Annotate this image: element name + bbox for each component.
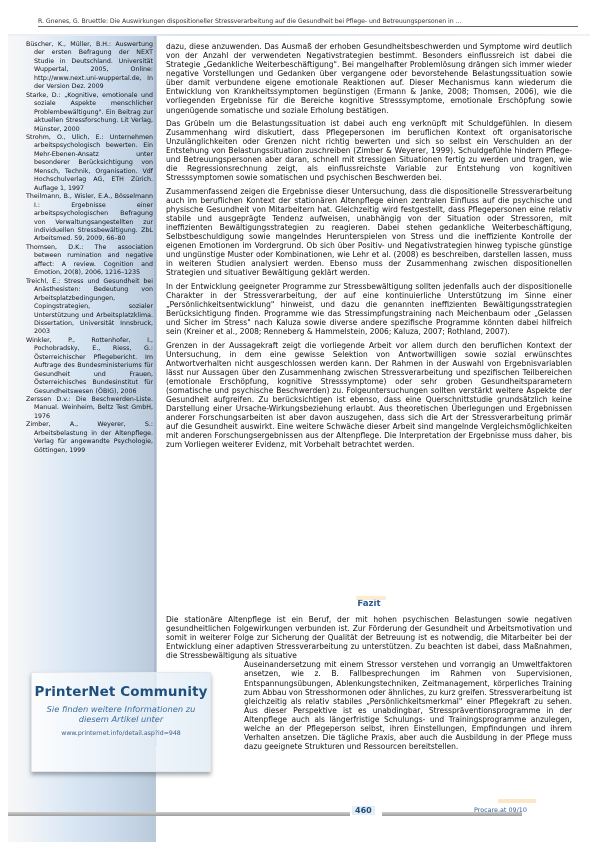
reference-item: Winkler, P., Rottenhofer, I., Pochobrads… — [26, 337, 153, 396]
fazit-heading-wrap: Fazit — [166, 599, 572, 609]
main-text-column: dazu, diese anzuwenden. Das Ausmaß der e… — [166, 42, 572, 454]
journal-highlight — [498, 799, 536, 803]
reference-list: Büscher, K., Müller, B.H.: Auswertung de… — [26, 41, 153, 455]
body-paragraph: Das Grübeln um die Belastungssituation i… — [166, 119, 572, 183]
body-paragraph: Zusammenfassend zeigen die Ergebnisse di… — [166, 187, 572, 278]
page-number: 460 — [352, 806, 375, 815]
heading-highlight — [356, 596, 386, 600]
reference-item: Theilmann, B., Wisler, E.A., Bösselmann … — [26, 193, 153, 244]
section-heading-fazit: Fazit — [166, 599, 572, 609]
body-paragraph: Grenzen in der Aussagekraft zeigt die vo… — [166, 341, 572, 450]
running-header: R. Gnenes, G. Bruettle: Die Auswirkungen… — [38, 18, 578, 27]
reference-item: Büscher, K., Müller, B.H.: Auswertung de… — [26, 41, 153, 92]
fazit-paragraph-indented: Auseinandersetzung mit einem Stressor ve… — [244, 660, 572, 751]
fazit-paragraph-full: Die stationäre Altenpflege ist ein Beruf… — [166, 615, 572, 660]
body-paragraph: In der Entwicklung geeigneter Programme … — [166, 282, 572, 336]
reference-item: Strohm, O., Ulich, E.: Unternehmen arbei… — [26, 134, 153, 193]
body-paragraph: dazu, diese anzuwenden. Das Ausmaß der e… — [166, 42, 572, 115]
sidebar-edge-divider — [154, 36, 157, 746]
reference-item: Treichl, E.: Stress und Gesundheit bei A… — [26, 278, 153, 337]
reference-item: Thomsen, D.K.: The association between r… — [26, 244, 153, 278]
fazit-section: Die stationäre Altenpflege ist ein Beruf… — [166, 615, 572, 751]
footer-bar-left — [8, 812, 350, 816]
reference-item: Starke, D.: „Kognitive, emotionale und s… — [26, 92, 153, 134]
reference-item: Zerssen D.v.: Die Beschwerden-Liste. Man… — [26, 396, 153, 421]
reference-item: Zimber, A., Weyerer, S.: Arbeitsbelastun… — [26, 421, 153, 455]
journal-reference: Procare.at 09/10 — [474, 806, 527, 814]
